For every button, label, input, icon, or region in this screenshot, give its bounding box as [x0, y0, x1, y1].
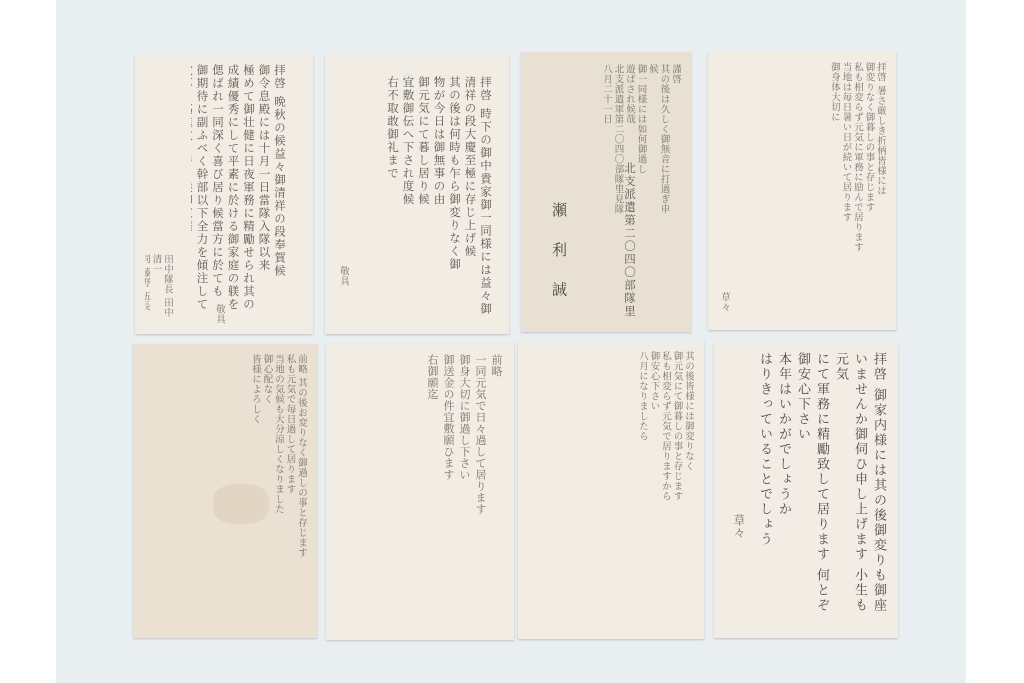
postcard-7: 其の後皆様には御変りなく 御元気にて御暮しの事と存じます 私も相変らず元気で居り…	[518, 341, 704, 639]
postcard-7-text: 其の後皆様には御変りなく 御元気にて御暮しの事と存じます 私も相変らず元気で居り…	[532, 351, 694, 629]
postcard-3-address: 北支派遣第二〇四〇部隊里見隊	[619, 162, 637, 322]
postcard-6: 前略 一同元気で日々過して居ります 御身大切に御過し下さい 御送金の件宜敷願ひま…	[326, 344, 514, 640]
postcard-2-closing: 敬具	[335, 266, 349, 324]
postcard-8-text: 拝啓 御家内様には其の後御変りも御座 いませんか御伺ひ申し上げます 小生も元気 …	[754, 352, 888, 628]
postcard-6-text: 前略 一同元気で日々過して居ります 御身大切に御過し下さい 御送金の件宜敷願ひま…	[386, 354, 504, 630]
postcard-5: 前略 其の後お変りなく御過しの事と存じます 私も元気で毎日過して居ります 当地の…	[133, 344, 317, 638]
postcard-4-closing: 草々	[716, 292, 730, 320]
photo-backdrop: 拝啓 晩秋の候益々御清祥の段奉賀候 御令息殿には十月一日當隊入隊以来 極めて御壮…	[56, 0, 966, 683]
postcard-8-closing: 草々	[726, 514, 744, 628]
postcard-1: 拝啓 晩秋の候益々御清祥の段奉賀候 御令息殿には十月一日當隊入隊以来 極めて御壮…	[135, 54, 313, 334]
postcard-4-text: 拝啓 暑さ厳しき折柄皆様には 御変りなく御暮しの事と存じます 私も相変らず元気に…	[734, 62, 886, 320]
postcard-1-text: 拝啓 晩秋の候益々御清祥の段奉賀候 御令息殿には十月一日當隊入隊以来 極めて御壮…	[191, 64, 287, 324]
postcard-1-signature: 田中隊長 田中 清一 同 藤野 伍長 二之助	[145, 254, 173, 324]
postcard-1-closing: 敬具	[213, 304, 225, 324]
postcard-2-text: 拝啓 時下の御中貴家御一同様には益々御 清祥の段大慶至極に存じ上げ候 其の後は何…	[355, 76, 493, 324]
postcard-2: 拝啓 時下の御中貴家御一同様には益々御 清祥の段大慶至極に存じ上げ候 其の後は何…	[325, 54, 509, 334]
postcard-4: 拝啓 暑さ厳しき折柄皆様には 御変りなく御暮しの事と存じます 私も相変らず元気に…	[708, 52, 896, 330]
postcard-3: 謹啓 其の後は久しく御無音に打過ぎ申候 御一同様には如何御過し 遊ばされ候哉 北…	[521, 52, 691, 332]
postcard-8: 拝啓 御家内様には其の後御変りも御座 いませんか御伺ひ申し上げます 小生も元気 …	[714, 342, 898, 638]
postcard-5-text: 前略 其の後お変りなく御過しの事と存じます 私も元気で毎日過して居ります 当地の…	[143, 354, 307, 628]
postcard-3-signature: 瀬 利 誠	[549, 202, 570, 322]
